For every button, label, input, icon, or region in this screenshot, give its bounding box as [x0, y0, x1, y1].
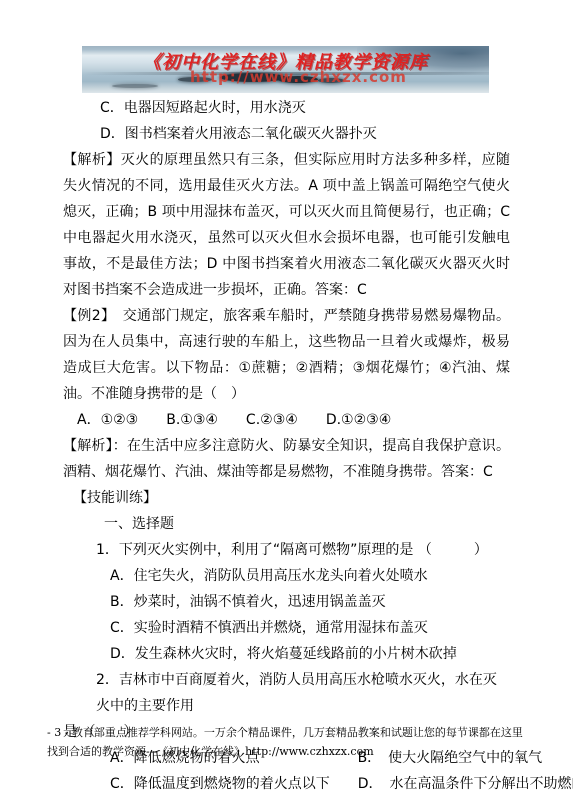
- example1-analysis: 【解析】灭火的原理虽然只有三条，但实际应用时方法多种多样，应随失火情况的不同，选…: [63, 147, 510, 303]
- question2-options-cd: C．降低温度到燃烧物的着火点以下 D． 水在高温条件下分解出不助燃的物: [63, 771, 510, 797]
- example2-analysis: 【解析】：在生活中应多注意防火、防暴安全知识，提高自我保护意识。酒精、烟花爆竹、…: [63, 433, 510, 485]
- document-body: C．电器因短路起火时，用水浇灭 D．图书档案着火用液态二氧化碳灭火器扑灭 【解析…: [63, 95, 510, 797]
- section1-title: 一、选择题: [63, 511, 510, 537]
- document-page: 《初中化学在线》精品教学资源库 http://www.czhxzx.com C．…: [0, 0, 573, 810]
- question2-stem-line1: 2．吉林市中百商厦着火，消防人员用高压水枪喷水灭火，水在灭火中的主要作用: [63, 667, 510, 719]
- question1-stem: 1．下列灭火实例中，利用了“隔离可燃物”原理的是 （ ）: [63, 537, 510, 563]
- banner-rock-shape: [112, 84, 158, 88]
- footer-line2: 找到合适的教学资源---《初中化学在线》http://www.czhxzx.co…: [47, 742, 535, 761]
- example1-option-d: D．图书档案着火用液态二氧化碳灭火器扑灭: [63, 121, 510, 147]
- example1-option-c: C．电器因短路起火时，用水浇灭: [63, 95, 510, 121]
- question1-option-b: B．炒菜时，油锅不慎着火，迅速用锅盖盖灭: [63, 589, 510, 615]
- footer-line1: - 3 - 教育部重点推荐学科网站。一万余个精品课件，几万套精品教案和试题让您的…: [47, 723, 535, 742]
- page-footer: - 3 - 教育部重点推荐学科网站。一万余个精品课件，几万套精品教案和试题让您的…: [47, 723, 535, 761]
- example2-options-row: A．①②③ B.①③④ C.②③④ D.①②③④: [63, 407, 510, 433]
- site-banner-image: 《初中化学在线》精品教学资源库 http://www.czhxzx.com: [82, 46, 489, 93]
- example2-stem: 【例2】 交通部门规定，旅客乘车船时，严禁随身携带易燃易爆物品。因为在人员集中，…: [63, 303, 510, 407]
- banner-site-url: http://www.czhxzx.com: [190, 68, 407, 86]
- question1-option-d: D．发生森林火灾时，将火焰蔓延线路前的小片树木砍掉: [63, 641, 510, 667]
- skills-training-heading: 【技能训练】: [63, 485, 510, 511]
- question1-option-a: A．住宅失火，消防队员用高压水龙头向着火处喷水: [63, 563, 510, 589]
- question1-option-c: C．实验时酒精不慎洒出并燃烧，通常用湿抹布盖灭: [63, 615, 510, 641]
